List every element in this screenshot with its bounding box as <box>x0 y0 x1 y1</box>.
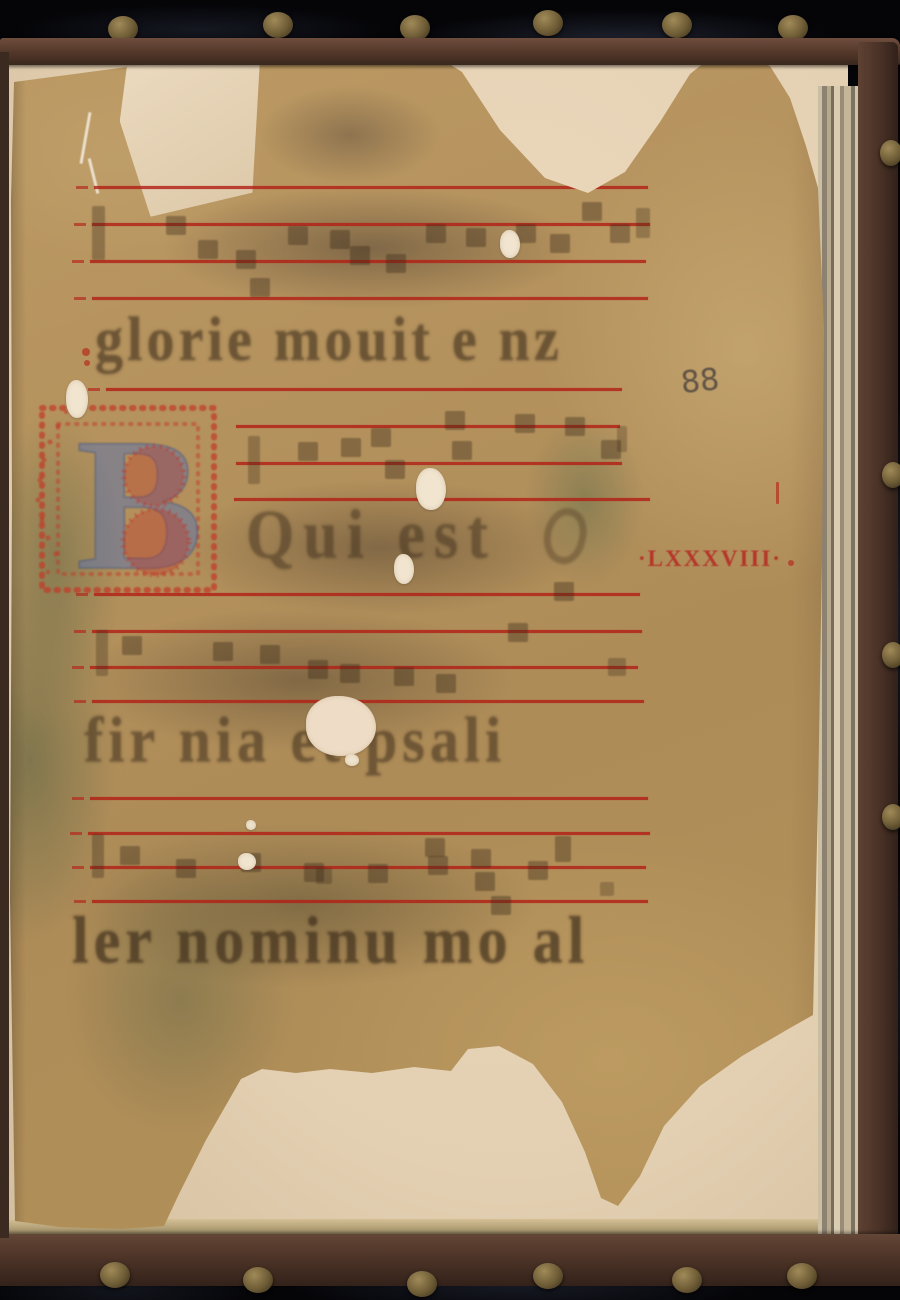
neume <box>528 861 548 880</box>
parchment-hole <box>306 696 376 756</box>
brass-boss <box>533 1263 563 1289</box>
staff-line <box>236 425 620 428</box>
neume <box>636 208 650 238</box>
staff-margin-tick <box>76 593 88 596</box>
neume <box>166 216 186 235</box>
parchment-hole <box>416 468 446 510</box>
staff-margin-tick <box>76 186 88 189</box>
staff-margin-tick <box>74 297 86 300</box>
staff-line <box>88 832 650 835</box>
neume <box>555 836 571 862</box>
rubric-margin-mark <box>82 348 90 356</box>
parchment-hole <box>238 853 256 870</box>
brass-boss <box>263 12 293 38</box>
staff-margin-tick <box>72 797 84 800</box>
leather-cover-top <box>0 38 900 65</box>
parchment-hole <box>345 754 359 766</box>
neume <box>425 838 445 857</box>
leather-cover-bottom <box>0 1234 900 1286</box>
staff-line <box>90 666 638 669</box>
neume <box>608 658 626 676</box>
neume <box>248 436 260 484</box>
neume <box>600 882 614 896</box>
brass-boss <box>662 12 692 38</box>
brass-boss <box>407 1271 437 1297</box>
staff-line <box>92 297 648 300</box>
neume <box>582 202 602 221</box>
rubric-margin-mark <box>788 560 794 566</box>
neume <box>610 224 630 243</box>
chant-text-line: glorie mouit e nz <box>95 304 563 376</box>
neume <box>475 872 495 891</box>
staff-line <box>92 630 642 633</box>
neume <box>316 868 332 884</box>
staff-line <box>236 462 622 465</box>
brass-boss <box>880 140 900 166</box>
brass-boss <box>243 1267 273 1293</box>
staff-margin-tick <box>72 866 84 869</box>
parchment-hole <box>246 820 256 830</box>
neume <box>385 460 405 479</box>
staff-margin-tick <box>70 832 82 835</box>
neume <box>617 426 627 452</box>
neume <box>198 240 218 259</box>
folio-number-roman: ·LXXXVIII· <box>638 546 782 572</box>
neume <box>92 834 104 878</box>
neume <box>371 428 391 447</box>
chant-text-line: fir nia et psali <box>84 702 506 777</box>
page-stack-fore-edge <box>818 86 862 1236</box>
parchment-hole <box>500 230 520 258</box>
neume <box>330 230 350 249</box>
staff-margin-tick <box>72 260 84 263</box>
neume <box>550 234 570 253</box>
neume <box>368 864 388 883</box>
neume <box>428 856 448 875</box>
brass-boss <box>882 804 900 830</box>
neume <box>350 246 370 265</box>
chant-text-line: ler nominu mo al <box>72 902 589 979</box>
neume <box>260 645 280 664</box>
parchment-hole <box>66 380 88 418</box>
brass-boss <box>787 1263 817 1289</box>
neume <box>452 441 472 460</box>
rubric-margin-mark <box>776 482 779 504</box>
neume <box>554 582 574 601</box>
folio-number-pencil: 88 <box>679 362 721 401</box>
brass-boss <box>882 462 900 488</box>
neume <box>508 623 528 642</box>
parchment-hole <box>394 554 414 584</box>
neume <box>288 226 308 245</box>
staff-margin-tick <box>88 388 100 391</box>
staff-line <box>94 186 648 189</box>
neume <box>250 278 270 297</box>
staff-margin-tick <box>74 223 86 226</box>
neume <box>426 224 446 243</box>
neume <box>96 630 108 676</box>
brass-boss <box>882 642 900 668</box>
illuminated-initial-B: B <box>34 392 232 604</box>
brass-boss <box>672 1267 702 1293</box>
neume <box>120 846 140 865</box>
rubric-margin-mark <box>84 360 90 366</box>
neume <box>436 674 456 693</box>
neume <box>471 849 491 868</box>
chant-text-line: Qui est <box>246 496 497 576</box>
staff-line <box>90 797 648 800</box>
neume <box>565 417 585 436</box>
neume <box>298 442 318 461</box>
neume <box>176 859 196 878</box>
neume <box>122 636 142 655</box>
leather-cover-left <box>0 52 9 1238</box>
staff-margin-tick <box>72 666 84 669</box>
neume <box>386 254 406 273</box>
staff-margin-tick <box>74 630 86 633</box>
brass-boss <box>100 1262 130 1288</box>
staff-line <box>106 388 622 391</box>
neume <box>445 411 465 430</box>
neume <box>92 206 105 260</box>
neume <box>466 228 486 247</box>
neume <box>341 438 361 457</box>
neume <box>340 664 360 683</box>
neume <box>394 667 414 686</box>
brass-boss <box>533 10 563 36</box>
neume <box>308 660 328 679</box>
neume <box>515 414 535 433</box>
neume <box>236 250 256 269</box>
neume <box>213 642 233 661</box>
